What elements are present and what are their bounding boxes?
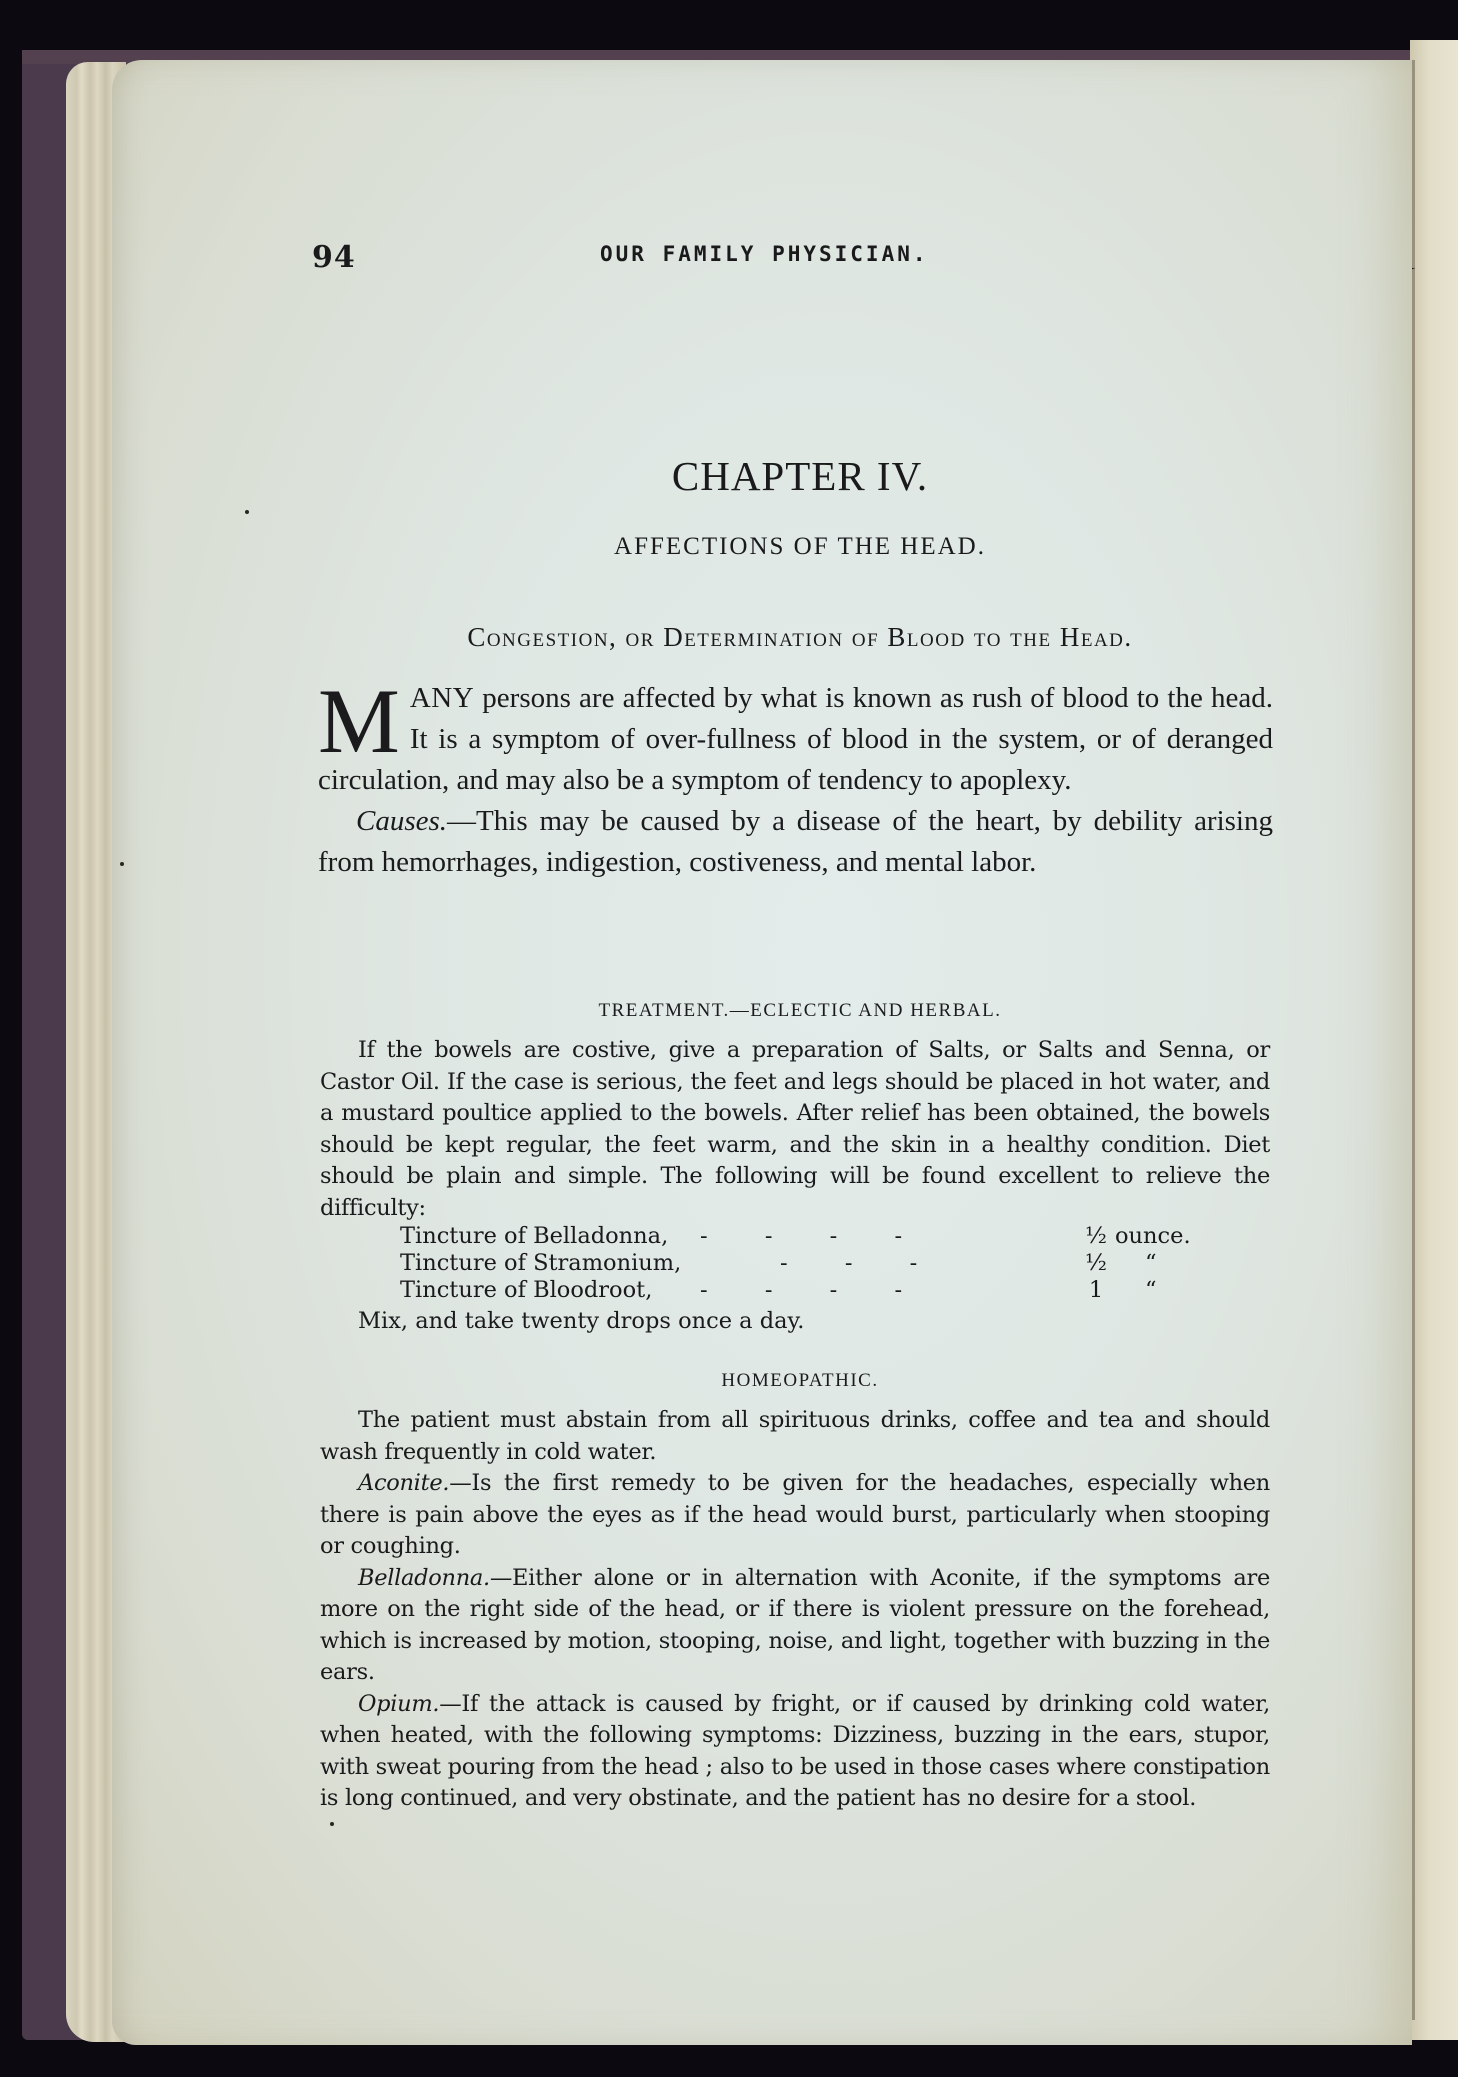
intro-lead-word: ANY — [410, 682, 474, 714]
recipe-row: Tincture of Stramonium, - - - ½ “ — [400, 1250, 1220, 1277]
homeopathic-intro: The patient must abstain from all spirit… — [320, 1405, 1270, 1468]
recipe-unit: “ — [1145, 1250, 1157, 1277]
recipe-row: Tincture of Belladonna, - - - - ½ ounce. — [400, 1223, 1220, 1250]
recipe-ingredient: Tincture of Stramonium, — [400, 1250, 681, 1277]
running-head: 94 OUR FAMILY PHYSICIAN. — [300, 240, 1300, 280]
causes-label: Causes. — [356, 805, 447, 837]
paper-speck — [120, 862, 124, 866]
intro-block: MANY persons are affected by what is kno… — [318, 678, 1273, 883]
chapter-title: CHAPTER IV. — [300, 452, 1300, 500]
recipe-leader-dots: - - - - — [700, 1223, 902, 1250]
recipe-quantity: ½ — [1084, 1223, 1108, 1250]
recipe-directions: Mix, and take twenty drops once a day. — [358, 1308, 804, 1334]
recipe-leader-dots: - - - — [780, 1250, 917, 1277]
causes-paragraph: Causes.—This may be caused by a disease … — [318, 801, 1273, 883]
recipe-unit: “ — [1145, 1277, 1157, 1304]
remedy-belladonna: Belladonna.—Either alone or in alternati… — [320, 1563, 1270, 1689]
recipe-quantity: ½ — [1084, 1250, 1108, 1277]
page-number: 94 — [312, 240, 356, 275]
section-title: AFFECTIONS OF THE HEAD. — [300, 533, 1300, 561]
paper-speck — [330, 1822, 334, 1826]
remedy-text: —Is the first remedy to be given for the… — [320, 1470, 1270, 1559]
recipe-quantity: 1 — [1084, 1277, 1108, 1304]
recipe-leader-dots: - - - - — [700, 1277, 902, 1304]
remedy-opium: Opium.—If the attack is caused by fright… — [320, 1689, 1270, 1815]
recipe-ingredient: Tincture of Bloodroot, — [400, 1277, 652, 1304]
remedy-name: Belladonna. — [358, 1565, 490, 1591]
paper-speck — [245, 510, 249, 514]
subsection-title: Congestion, or Determination of Blood to… — [300, 622, 1300, 653]
running-title: OUR FAMILY PHYSICIAN. — [600, 242, 929, 266]
facing-page-gutter — [1410, 40, 1458, 2040]
gutter-fold-line — [1412, 60, 1415, 2020]
drop-cap: M — [318, 682, 400, 760]
treatment-eclectic-paragraph: If the bowels are costive, give a prepar… — [320, 1035, 1270, 1224]
treatment-eclectic-body: If the bowels are costive, give a prepar… — [320, 1035, 1270, 1224]
recipe-row: Tincture of Bloodroot, - - - - 1 “ — [400, 1277, 1220, 1304]
homeopathic-body: The patient must abstain from all spirit… — [320, 1405, 1270, 1815]
remedy-aconite: Aconite.—Is the first remedy to be given… — [320, 1468, 1270, 1563]
causes-text: —This may be caused by a disease of the … — [318, 805, 1273, 878]
intro-paragraph: MANY persons are affected by what is kno… — [318, 678, 1273, 801]
recipe-table: Tincture of Belladonna, - - - - ½ ounce.… — [400, 1223, 1220, 1304]
treatment-eclectic-heading: TREATMENT.—ECLECTIC AND HERBAL. — [300, 1000, 1300, 1022]
recipe-ingredient: Tincture of Belladonna, — [400, 1223, 668, 1250]
recipe-unit: ounce. — [1115, 1223, 1191, 1250]
remedy-name: Opium. — [358, 1691, 439, 1717]
homeopathic-heading: HOMEOPATHIC. — [300, 1370, 1300, 1392]
remedy-name: Aconite. — [358, 1470, 449, 1496]
remedy-text: —If the attack is caused by fright, or i… — [320, 1691, 1270, 1812]
